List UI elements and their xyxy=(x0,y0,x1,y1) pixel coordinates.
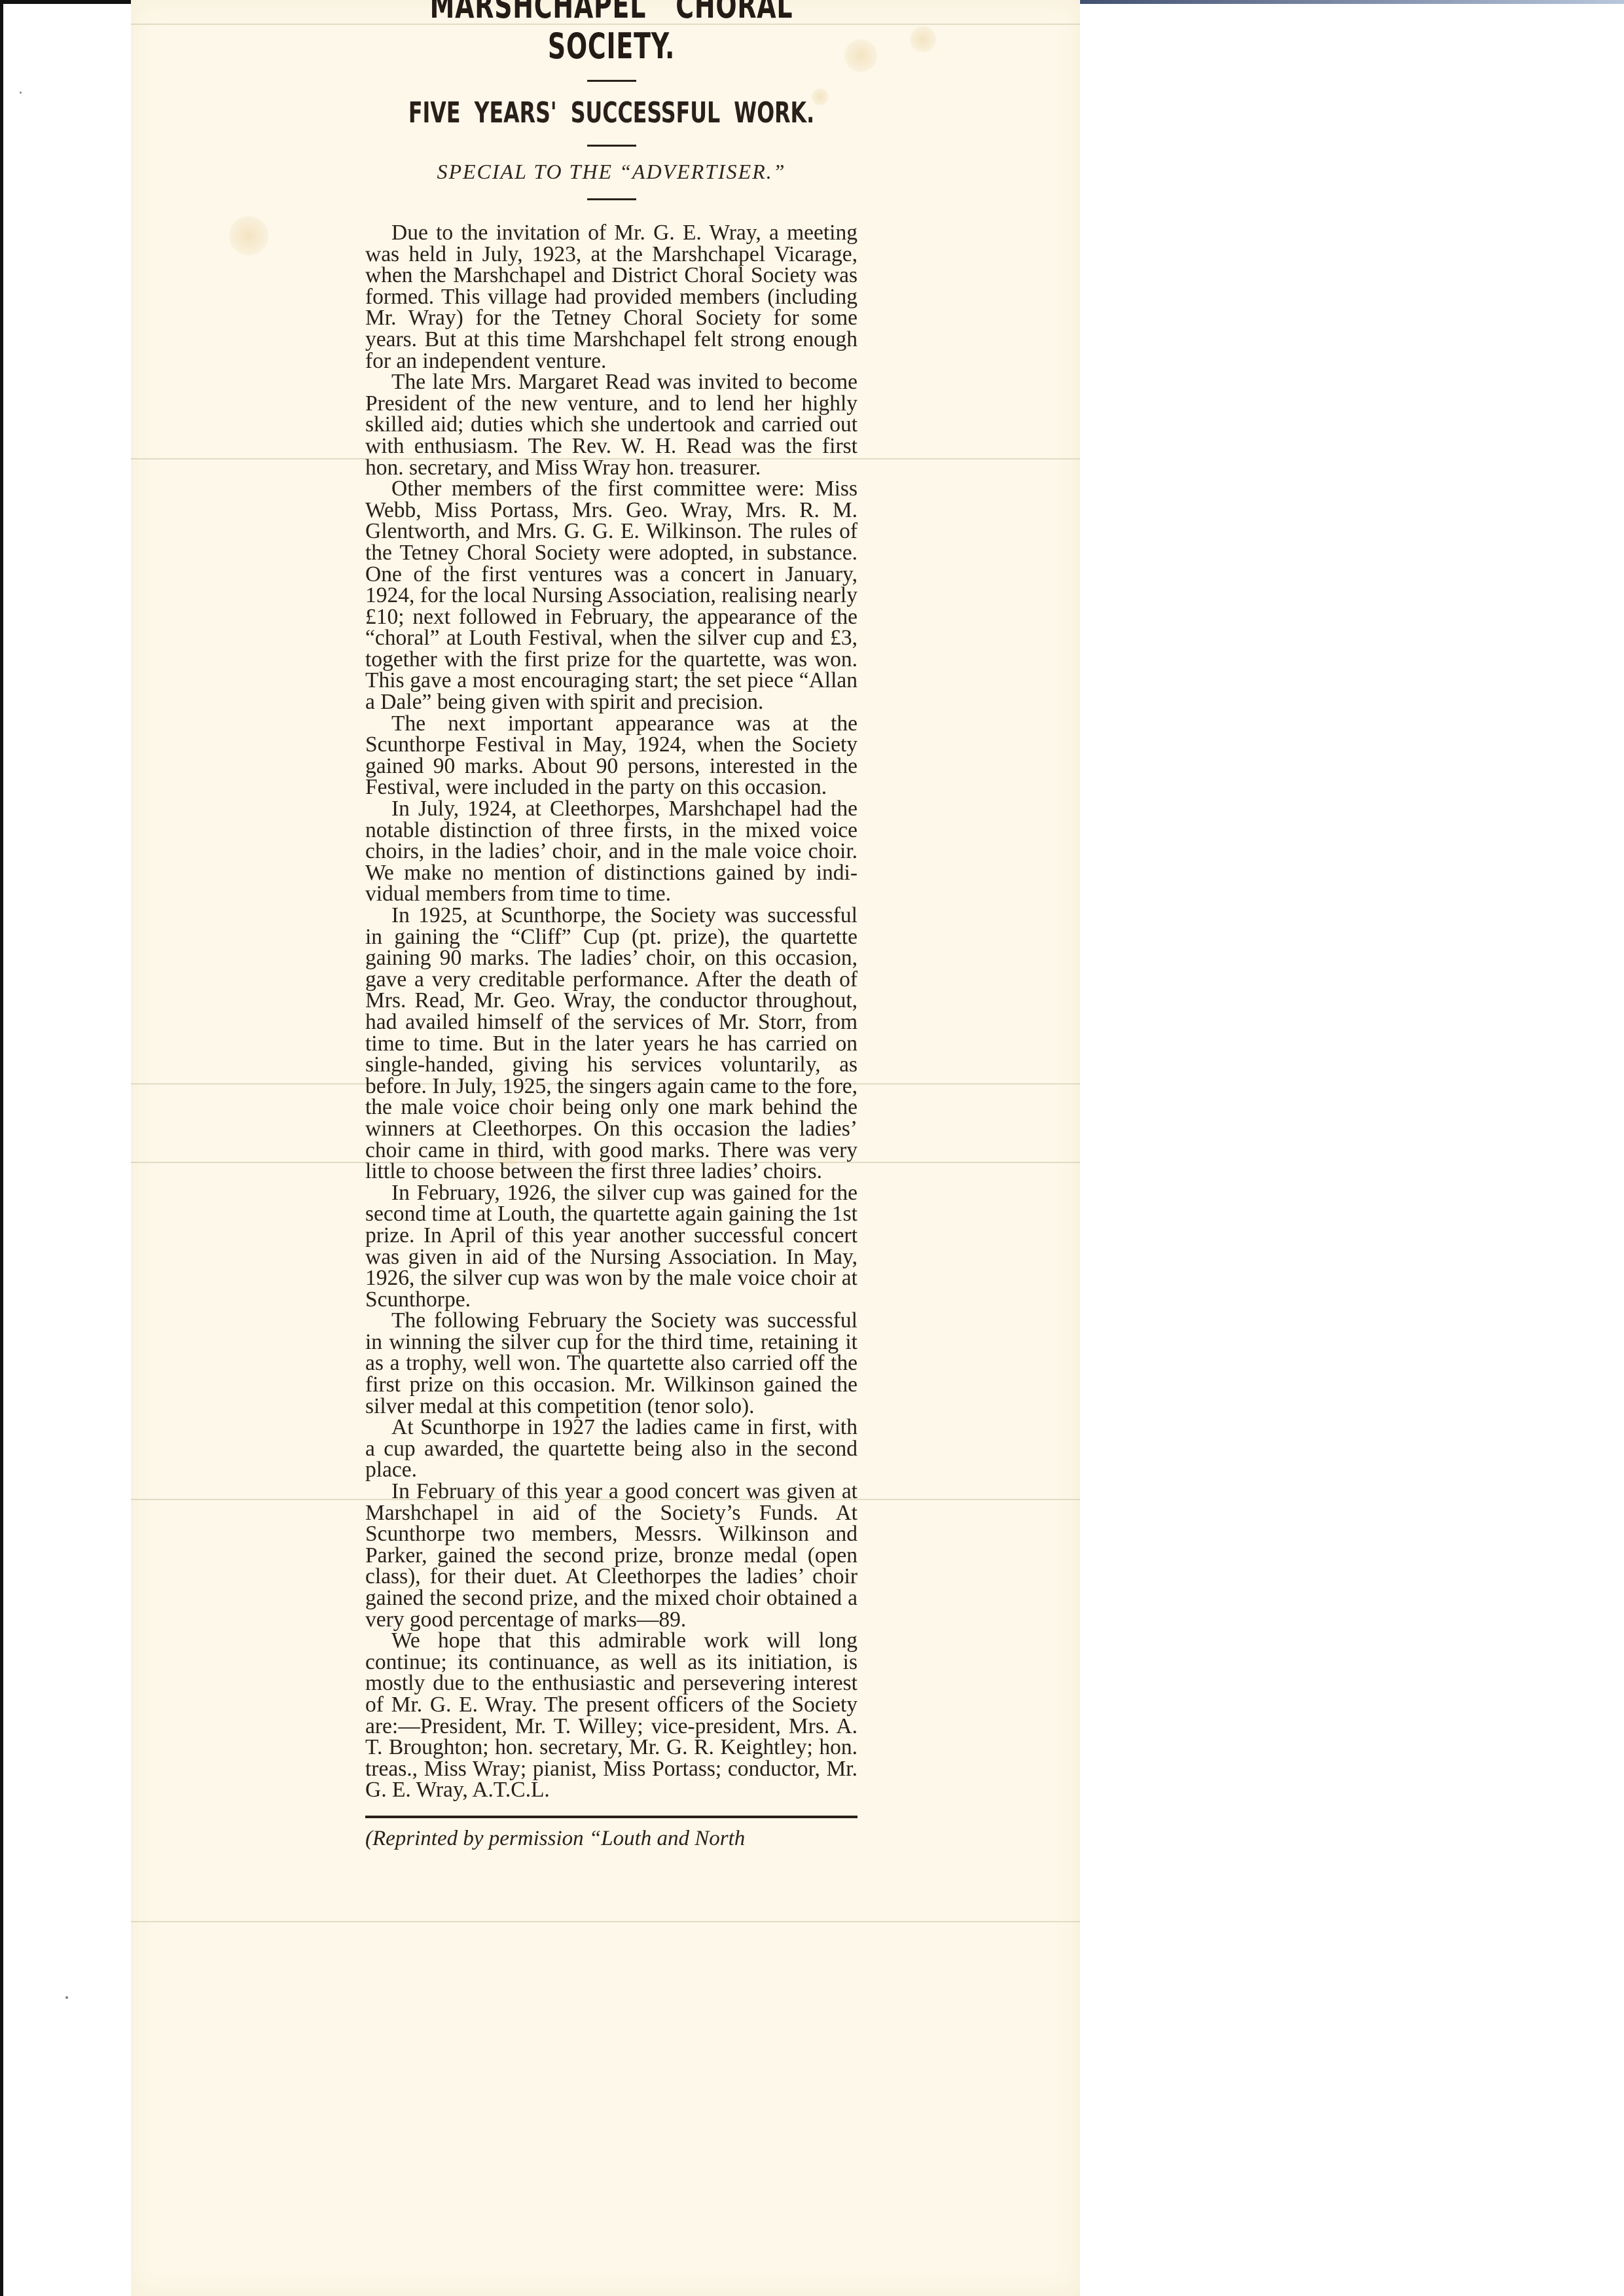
paragraph: Other members of the first committee wer… xyxy=(365,478,857,713)
article-body: Due to the invitation of Mr. G. E. Wray,… xyxy=(365,223,857,1801)
paragraph: In February of this year a good concert … xyxy=(365,1481,857,1630)
article: MARSHCHAPEL CHORAL SOCIETY. FIVE YEARS' … xyxy=(365,0,857,1850)
byline: SPECIAL TO THE “ADVERTISER.” xyxy=(365,160,857,184)
paragraph: Due to the invitation of Mr. G. E. Wray,… xyxy=(365,223,857,372)
paragraph: We hope that this admirable work will lo… xyxy=(365,1630,857,1801)
paper-stain xyxy=(229,216,268,255)
headline-line-2: SOCIETY. xyxy=(420,26,804,67)
scanner-edge-left xyxy=(0,0,3,2296)
subheadline: FIVE YEARS' SUCCESSFUL WORK. xyxy=(378,95,845,132)
paragraph: In February, 1926, the silver cup was ga… xyxy=(365,1183,857,1311)
fold-line xyxy=(131,1921,1080,1922)
headline: MARSHCHAPEL CHORAL SOCIETY. xyxy=(420,0,804,67)
paragraph: The next important appearance was at the… xyxy=(365,713,857,798)
divider-rule xyxy=(587,145,636,147)
scan-speck xyxy=(20,92,22,94)
reprint-note: (Reprinted by permission “Louth and Nort… xyxy=(365,1827,857,1850)
divider-rule xyxy=(587,80,636,82)
paragraph: In July, 1924, at Cleethorpes, Marshchap… xyxy=(365,798,857,905)
headline-line-1: MARSHCHAPEL CHORAL xyxy=(420,0,804,26)
paragraph: The following February the Society was s… xyxy=(365,1310,857,1417)
paragraph: At Scunthorpe in 1927 the ladies came in… xyxy=(365,1417,857,1481)
scan-speck xyxy=(65,1996,68,1999)
paragraph: The late Mrs. Margaret Read was invited … xyxy=(365,372,857,478)
newspaper-clipping: MARSHCHAPEL CHORAL SOCIETY. FIVE YEARS' … xyxy=(131,0,1080,2296)
paper-stain xyxy=(910,26,936,52)
end-rule xyxy=(365,1816,857,1818)
divider-rule xyxy=(587,198,636,200)
paragraph: In 1925, at Scunthorpe, the Society was … xyxy=(365,905,857,1183)
